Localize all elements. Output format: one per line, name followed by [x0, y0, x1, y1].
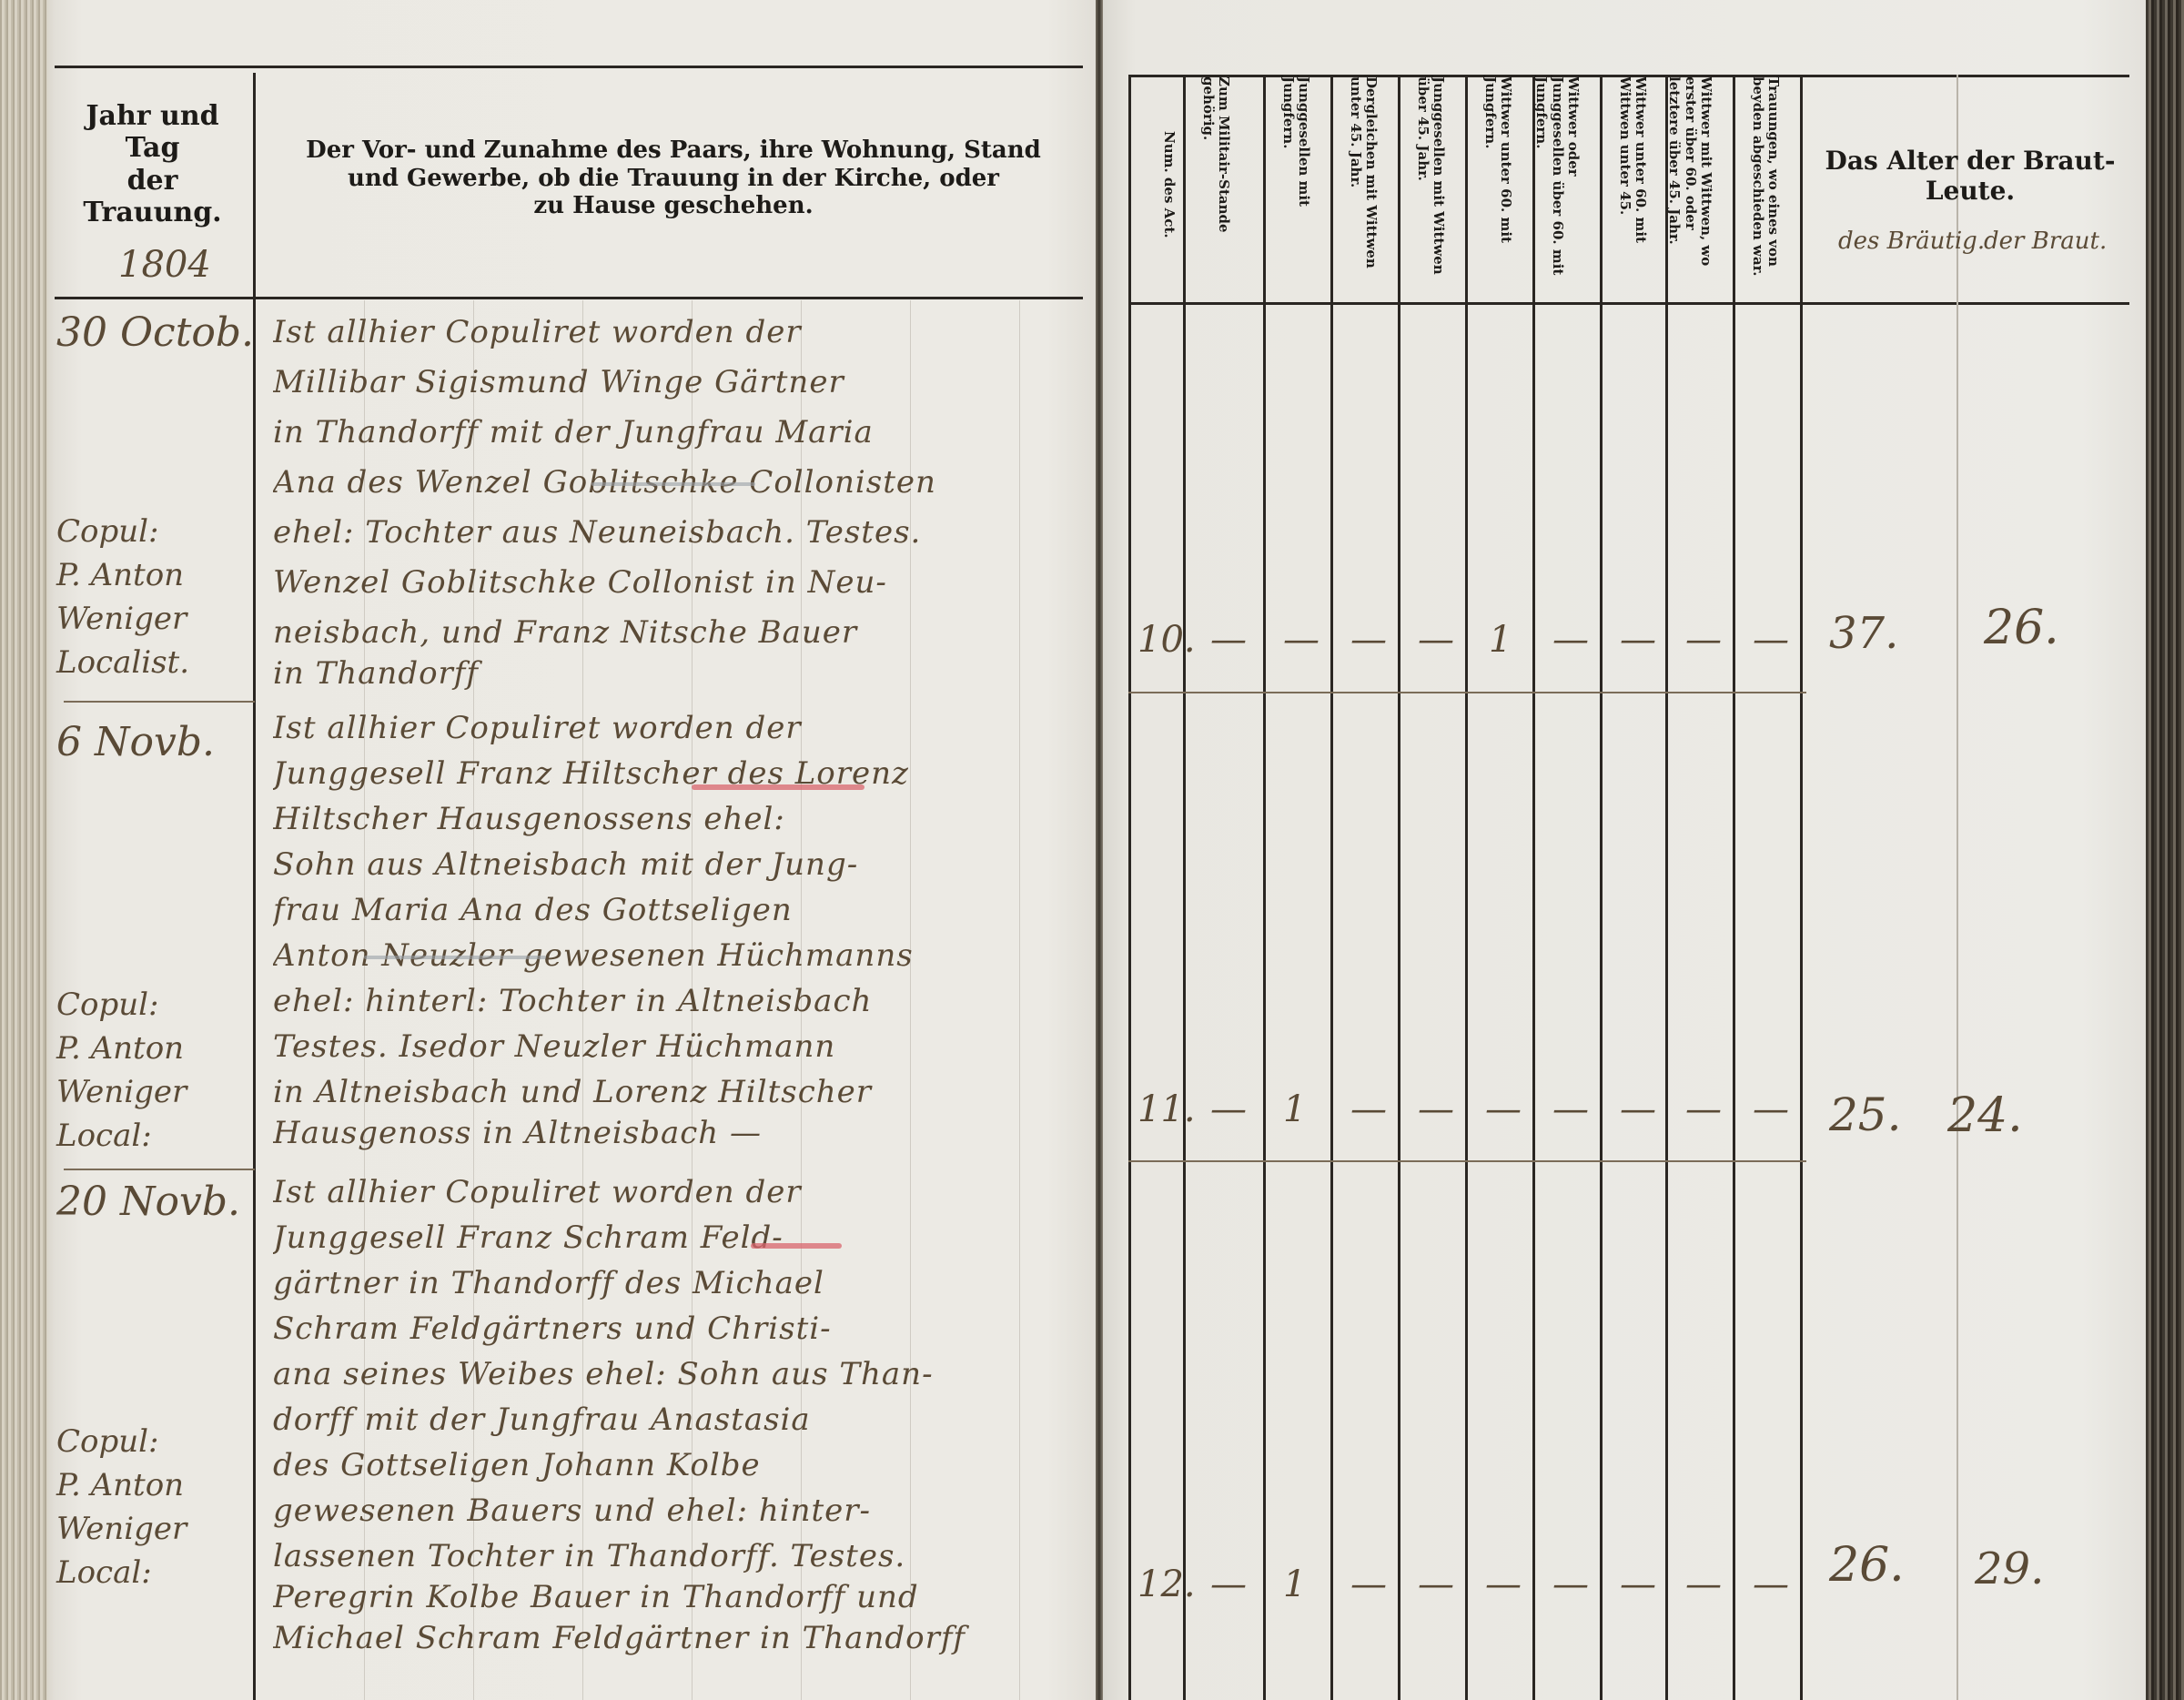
- row-1-mark: —: [1620, 619, 1656, 661]
- col-header-bachelor-widow-o45: Junggesellen mit Wittwen über 45. Jahr.: [1398, 76, 1458, 286]
- entry-2-officiant: Copul: P. Anton Weniger Local:: [56, 983, 252, 1158]
- col-header-text: Junggesellen mit Jungfern.: [1280, 76, 1312, 277]
- entry-1-line-6: Wenzel Goblitschke Collonist in Neu-: [273, 564, 1074, 613]
- right-col-line: [1398, 75, 1400, 1700]
- header-date-line-1: Jahr und Tag: [55, 100, 250, 165]
- entry-3-line-4: Schram Feldgärtners und Christi-: [273, 1310, 1074, 1360]
- entry-3-line-5: ana seines Weibes ehel: Sohn aus Than-: [273, 1356, 1074, 1405]
- right-col-line: [1465, 75, 1468, 1700]
- row-2-mark: —: [1485, 1088, 1522, 1130]
- entry-1-line-1: Ist allhier Copuliret worden der: [273, 314, 1074, 363]
- entry-2-date: 6 Novb.: [56, 719, 215, 765]
- right-col-line: [1800, 75, 1803, 1700]
- right-col-line: [1263, 75, 1266, 1700]
- officiant-line: Copul:: [56, 983, 252, 1027]
- page-stack-edge: [0, 0, 47, 1700]
- right-col-line: [1665, 75, 1668, 1700]
- right-col-line: [1600, 75, 1603, 1700]
- officiant-line: Local:: [56, 1551, 252, 1594]
- row-3-mark: —: [1350, 1563, 1387, 1605]
- register-year: 1804: [118, 244, 211, 286]
- row-2-mark: —: [1753, 1088, 1789, 1130]
- red-underline-schram: [751, 1243, 842, 1249]
- age-subheader-bride: der Braut.: [1984, 228, 2107, 255]
- left-header-rule: [55, 297, 1083, 299]
- col-header-text: Dergleichen mit Wittwen unter 45. Jahr.: [1348, 76, 1380, 277]
- entry-2-line-4: Sohn aus Altneisbach mit der Jung-: [273, 846, 1074, 896]
- book-gutter: [1096, 0, 1103, 1700]
- pencil-underline: [591, 482, 755, 486]
- header-couple-line-3: zu Hause geschehen.: [264, 192, 1083, 220]
- header-date-line-3: Trauung.: [55, 197, 250, 228]
- entry-1-line-5: ehel: Tochter aus Neuneisbach. Testes.: [273, 514, 1074, 563]
- officiant-line: Copul:: [56, 510, 252, 553]
- entry-1-line-4: Ana des Wenzel Goblitschke Collonisten: [273, 464, 1074, 513]
- col-header-widower-u60-maiden: Wittwer unter 60. mit Jungfern.: [1465, 76, 1525, 286]
- row-2-mark: —: [1620, 1088, 1656, 1130]
- row-1-mark: —: [1350, 619, 1387, 661]
- officiant-line: Copul:: [56, 1420, 252, 1463]
- row-3-mark: —: [1418, 1563, 1454, 1605]
- entry-3-line-11: Michael Schram Feldgärtner in Thandorff: [273, 1620, 1074, 1669]
- age-header-line-1: Das Alter der Braut-: [1811, 146, 2129, 176]
- row-1-mark: —: [1685, 619, 1722, 661]
- entry-2-line-10: Hausgenoss in Altneisbach —: [273, 1115, 1074, 1164]
- col-header-text: Wittwer unter 60. mit Wittwen unter 45.: [1617, 76, 1649, 277]
- col-header-widower-widow-old: Wittwer mit Wittwen, wo erster über 60. …: [1665, 76, 1725, 286]
- entry-1-line-2: Millibar Sigismund Winge Gärtner: [273, 364, 1074, 413]
- officiant-line: Weniger: [56, 1507, 252, 1551]
- entry-2-line-8: Testes. Isedor Neuzler Hüchmann: [273, 1028, 1074, 1078]
- entry-2-line-1: Ist allhier Copuliret worden der: [273, 710, 1074, 759]
- row-2-mark: —: [1418, 1088, 1454, 1130]
- row-3-mark: —: [1210, 1563, 1247, 1605]
- row-1-bride-age: 26.: [1984, 601, 2059, 655]
- row-2-mark: 1: [1283, 1088, 1306, 1130]
- entry-3-line-7: des Gottseligen Johann Kolbe: [273, 1447, 1074, 1496]
- right-header-rule: [1128, 302, 2129, 305]
- entry-3-line-8: gewesenen Bauers und ehel: hinter-: [273, 1493, 1074, 1542]
- row-1-mark: 1: [1489, 619, 1512, 661]
- row-3-mark: —: [1485, 1563, 1522, 1605]
- col-header-text: Trauungen, wo eines von beyden abgeschie…: [1750, 76, 1782, 277]
- entry-1-line-8: in Thandorff: [273, 655, 1074, 704]
- book-edge-right: [2146, 0, 2184, 1700]
- entry-2-line-5: frau Maria Ana des Gottseligen: [273, 892, 1074, 941]
- entry-2-line-3: Hiltscher Hausgenossens ehel:: [273, 801, 1074, 850]
- right-col-line: [1733, 75, 1735, 1700]
- row-1-mark: —: [1552, 619, 1589, 661]
- row-3-groom-age: 26.: [1829, 1538, 1905, 1593]
- col-header-bachelor-maiden: Junggesellen mit Jungfern.: [1263, 76, 1323, 286]
- officiant-line: Localist.: [56, 641, 252, 684]
- row-3-bride-age: 29.: [1975, 1543, 2044, 1594]
- age-split-line: [1956, 75, 1958, 1700]
- entry-3-line-1: Ist allhier Copuliret worden der: [273, 1174, 1074, 1223]
- age-subheader-groom: des Bräutig.: [1838, 228, 1985, 255]
- header-couple-column: Der Vor- und Zunahme des Paars, ihre Woh…: [264, 137, 1083, 220]
- entry-3-date: 20 Novb.: [56, 1179, 240, 1225]
- row-1-num: 10.: [1137, 619, 1196, 661]
- right-col-line: [1128, 75, 1131, 1700]
- col-header-divorced: Trauungen, wo eines von beyden abgeschie…: [1733, 76, 1793, 286]
- row-2-mark: —: [1685, 1088, 1722, 1130]
- row-3-mark: 1: [1283, 1563, 1306, 1605]
- col-header-widower-widow: Wittwer unter 60. mit Wittwen unter 45.: [1600, 76, 1660, 286]
- row-1-mark: —: [1283, 619, 1319, 661]
- col-header-text: Zum Militair-Stande gehörig.: [1200, 76, 1232, 277]
- row-1-mark: —: [1753, 619, 1789, 661]
- col-header-bachelor-widow-u45: Dergleichen mit Wittwen unter 45. Jahr.: [1330, 76, 1390, 286]
- entry-3-line-6: dorff mit der Jungfrau Anastasia: [273, 1401, 1074, 1451]
- age-header-line-2: Leute.: [1811, 176, 2129, 206]
- row-2-mark: —: [1350, 1088, 1387, 1130]
- entry-3-line-2: Junggesell Franz Schram Feld-: [273, 1219, 1074, 1269]
- entry-2-line-6: Anton Neuzler gewesenen Hüchmanns: [273, 937, 1074, 987]
- age-header: Das Alter der Braut- Leute.: [1811, 146, 2129, 206]
- right-col-line: [1532, 75, 1535, 1700]
- entry-divider-1: [64, 701, 255, 703]
- row-divider-2: [1128, 1160, 1806, 1162]
- officiant-line: Weniger: [56, 597, 252, 641]
- header-couple-line-2: und Gewerbe, ob die Trauung in der Kirch…: [264, 165, 1083, 193]
- officiant-line: P. Anton: [56, 1463, 252, 1507]
- header-date-line-2: der: [55, 165, 250, 197]
- row-3-mark: —: [1552, 1563, 1589, 1605]
- col-header-text: Wittwer unter 60. mit Jungfern.: [1482, 76, 1514, 277]
- row-1-groom-age: 37.: [1829, 608, 1898, 659]
- entry-1-officiant: Copul: P. Anton Weniger Localist.: [56, 510, 252, 684]
- row-2-groom-age: 25.: [1829, 1088, 1902, 1141]
- left-top-rule: [55, 66, 1083, 68]
- row-3-mark: —: [1620, 1563, 1656, 1605]
- entry-1-line-3: in Thandorff mit der Jungfrau Maria: [273, 414, 1074, 463]
- officiant-line: P. Anton: [56, 1027, 252, 1070]
- row-1-mark: —: [1210, 619, 1247, 661]
- row-3-num: 12.: [1137, 1563, 1196, 1605]
- pencil-underline: [364, 956, 546, 959]
- entry-3-line-3: gärtner in Thandorff des Michael: [273, 1265, 1074, 1314]
- entry-3-officiant: Copul: P. Anton Weniger Local:: [56, 1420, 252, 1594]
- entry-2-line-7: ehel: hinterl: Tochter in Altneisbach: [273, 983, 1074, 1032]
- entry-divider-2: [64, 1169, 255, 1170]
- col-header-text: Wittwer mit Wittwen, wo erster über 60. …: [1666, 76, 1714, 277]
- row-2-mark: —: [1552, 1088, 1589, 1130]
- officiant-line: Local:: [56, 1114, 252, 1158]
- right-col-line: [1330, 75, 1333, 1700]
- row-3-mark: —: [1753, 1563, 1789, 1605]
- row-2-bride-age: 24.: [1947, 1088, 2023, 1143]
- header-date-column: Jahr und Tag der Trauung.: [55, 100, 250, 229]
- entry-1-date: 30 Octob.: [56, 309, 254, 356]
- officiant-line: P. Anton: [56, 553, 252, 597]
- row-2-mark: —: [1210, 1088, 1247, 1130]
- row-2-num: 11.: [1137, 1088, 1196, 1130]
- row-1-mark: —: [1418, 619, 1454, 661]
- row-divider-1: [1128, 692, 1806, 693]
- col-header-o60-maiden: Wittwer oder Junggesellen über 60. mit J…: [1532, 76, 1592, 286]
- officiant-line: Weniger: [56, 1070, 252, 1114]
- row-3-mark: —: [1685, 1563, 1722, 1605]
- col-header-text: Wittwer oder Junggesellen über 60. mit J…: [1533, 76, 1581, 277]
- red-underline-hiltscher: [692, 784, 864, 790]
- col-header-military: Zum Militair-Stande gehörig.: [1183, 76, 1243, 286]
- right-col-line: [1183, 75, 1186, 1700]
- col-header-text: Junggesellen mit Wittwen über 45. Jahr.: [1415, 76, 1447, 277]
- col-header-text: Num. des Act.: [1161, 131, 1177, 331]
- header-couple-line-1: Der Vor- und Zunahme des Paars, ihre Woh…: [264, 137, 1083, 165]
- col-header-num: Num. des Act.: [1128, 76, 1188, 286]
- entry-2-line-2: Junggesell Franz Hiltscher des Lorenz: [273, 755, 1074, 804]
